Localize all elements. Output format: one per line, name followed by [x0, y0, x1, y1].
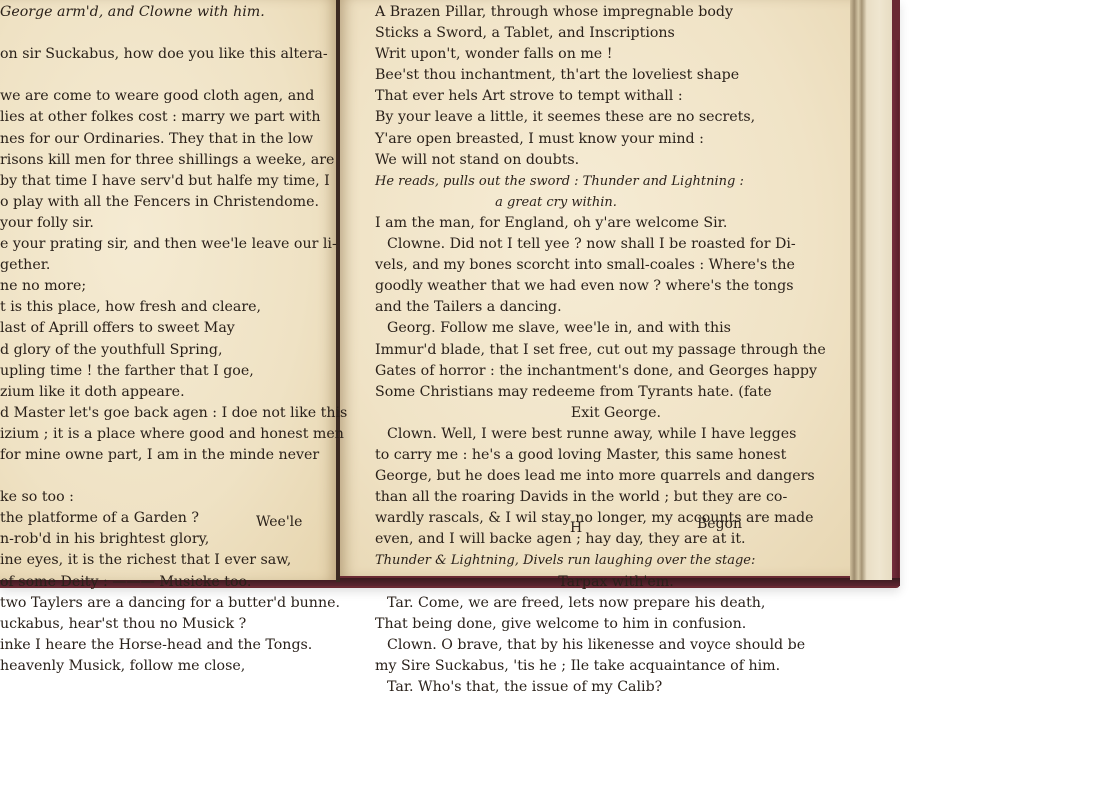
text-line: Exit George.: [375, 403, 737, 424]
text-line: Clown. O brave, that by his likenesse an…: [375, 635, 737, 656]
text-line: than all the roaring Davids in the world…: [375, 487, 737, 508]
text-line: o play with all the Fencers in Christend…: [0, 192, 302, 213]
text-line: Bee'st thou inchantment, th'art the love…: [375, 65, 737, 86]
text-line: e your prating sir, and then wee'le leav…: [0, 234, 302, 255]
text-line: He reads, pulls out the sword : Thunder …: [375, 171, 737, 192]
text-line: We will not stand on doubts.: [375, 150, 737, 171]
text-line: Writ upon't, wonder falls on me !: [375, 44, 737, 65]
text-line: risons kill men for three shillings a we…: [0, 150, 302, 171]
text-line: Clown. Well, I were best runne away, whi…: [375, 424, 737, 445]
text-line: George arm'd, and Clowne with him.: [0, 2, 302, 23]
text-line: by that time I have serv'd but halfe my …: [0, 171, 302, 192]
text-line: last of Aprill offers to sweet May: [0, 318, 302, 339]
text-line: ine eyes, it is the richest that I ever …: [0, 550, 302, 571]
signature-mark: H: [570, 520, 582, 536]
text-line: By your leave a little, it seemes these …: [375, 107, 737, 128]
cover-board-edge: [891, 40, 899, 586]
text-line: Tarpax with'em.: [375, 572, 737, 593]
text-line: Georg. Follow me slave, wee'le in, and w…: [375, 318, 737, 339]
text-line: nes for our Ordinaries. They that in the…: [0, 129, 302, 150]
text-line: two Taylers are a dancing for a butter'd…: [0, 593, 302, 614]
text-line: ne no more;: [0, 276, 302, 297]
text-line: and the Tailers a dancing.: [375, 297, 737, 318]
text-line: Some Christians may redeeme from Tyrants…: [375, 382, 737, 403]
text-line: Clowne. Did not I tell yee ? now shall I…: [375, 234, 737, 255]
text-line: Tar. Come, we are freed, lets now prepar…: [375, 593, 737, 614]
text-line: Gates of horror : the inchantment's done…: [375, 361, 737, 382]
text-line: Thunder & Lightning, Divels run laughing…: [375, 550, 737, 571]
text-line: inke I heare the Horse-head and the Tong…: [0, 635, 302, 656]
page-fore-edge: [850, 0, 892, 580]
text-line: for mine owne part, I am in the minde ne…: [0, 445, 302, 466]
text-line: lies at other folkes cost : marry we par…: [0, 107, 302, 128]
text-line: goodly weather that we had even now ? wh…: [375, 276, 737, 297]
text-line: Immur'd blade, that I set free, cut out …: [375, 340, 737, 361]
text-line: Tar. Who's that, the issue of my Calib?: [375, 677, 737, 698]
text-line: n-rob'd in his brightest glory,: [0, 529, 302, 550]
right-page-text: A Brazen Pillar, through whose impregnab…: [375, 2, 737, 698]
text-line: vels, and my bones scorcht into small-co…: [375, 255, 737, 276]
text-line: my Sire Suckabus, 'tis he ; Ile take acq…: [375, 656, 737, 677]
text-line: to carry me : he's a good loving Master,…: [375, 445, 737, 466]
left-catchword: Wee'le: [256, 514, 302, 530]
right-catchword: Begon: [697, 516, 742, 532]
text-line: d glory of the youthfull Spring,: [0, 340, 302, 361]
text-line: I am the man, for England, oh y'are welc…: [375, 213, 737, 234]
text-line: Y'are open breasted, I must know your mi…: [375, 129, 737, 150]
text-line: A Brazen Pillar, through whose impregnab…: [375, 2, 737, 23]
text-line: George, but he does lead me into more qu…: [375, 466, 737, 487]
text-line: uckabus, hear'st thou no Musick ?: [0, 614, 302, 635]
text-line: zium like it doth appeare.: [0, 382, 302, 403]
book-gutter: [336, 0, 340, 582]
text-line: a great cry within.: [375, 192, 737, 213]
text-line: d Master let's goe back agen : I doe not…: [0, 403, 302, 424]
text-line: That being done, give welcome to him in …: [375, 614, 737, 635]
text-line: wardly rascals, & I wil stay no longer, …: [375, 508, 737, 529]
text-line: izium ; it is a place where good and hon…: [0, 424, 302, 445]
text-line: gether.: [0, 255, 302, 276]
text-line: even, and I will backe agen ; hay day, t…: [375, 529, 737, 550]
text-line: heavenly Musick, follow me close,: [0, 656, 302, 677]
text-line: That ever hels Art strove to tempt witha…: [375, 86, 737, 107]
text-line: on sir Suckabus, how doe you like this a…: [0, 44, 302, 65]
text-line: t is this place, how fresh and cleare,: [0, 297, 302, 318]
text-line: we are come to weare good cloth agen, an…: [0, 86, 302, 107]
left-page-text: George arm'd, and Clowne with him. on si…: [0, 2, 302, 677]
text-line: of some Deity : ——— Musicke too.: [0, 572, 302, 593]
text-line: [0, 65, 302, 86]
text-line: [0, 23, 302, 44]
text-line: ke so too :: [0, 487, 302, 508]
text-line: your folly sir.: [0, 213, 302, 234]
text-line: upling time ! the farther that I goe,: [0, 361, 302, 382]
text-line: [0, 466, 302, 487]
text-line: Sticks a Sword, a Tablet, and Inscriptio…: [375, 23, 737, 44]
